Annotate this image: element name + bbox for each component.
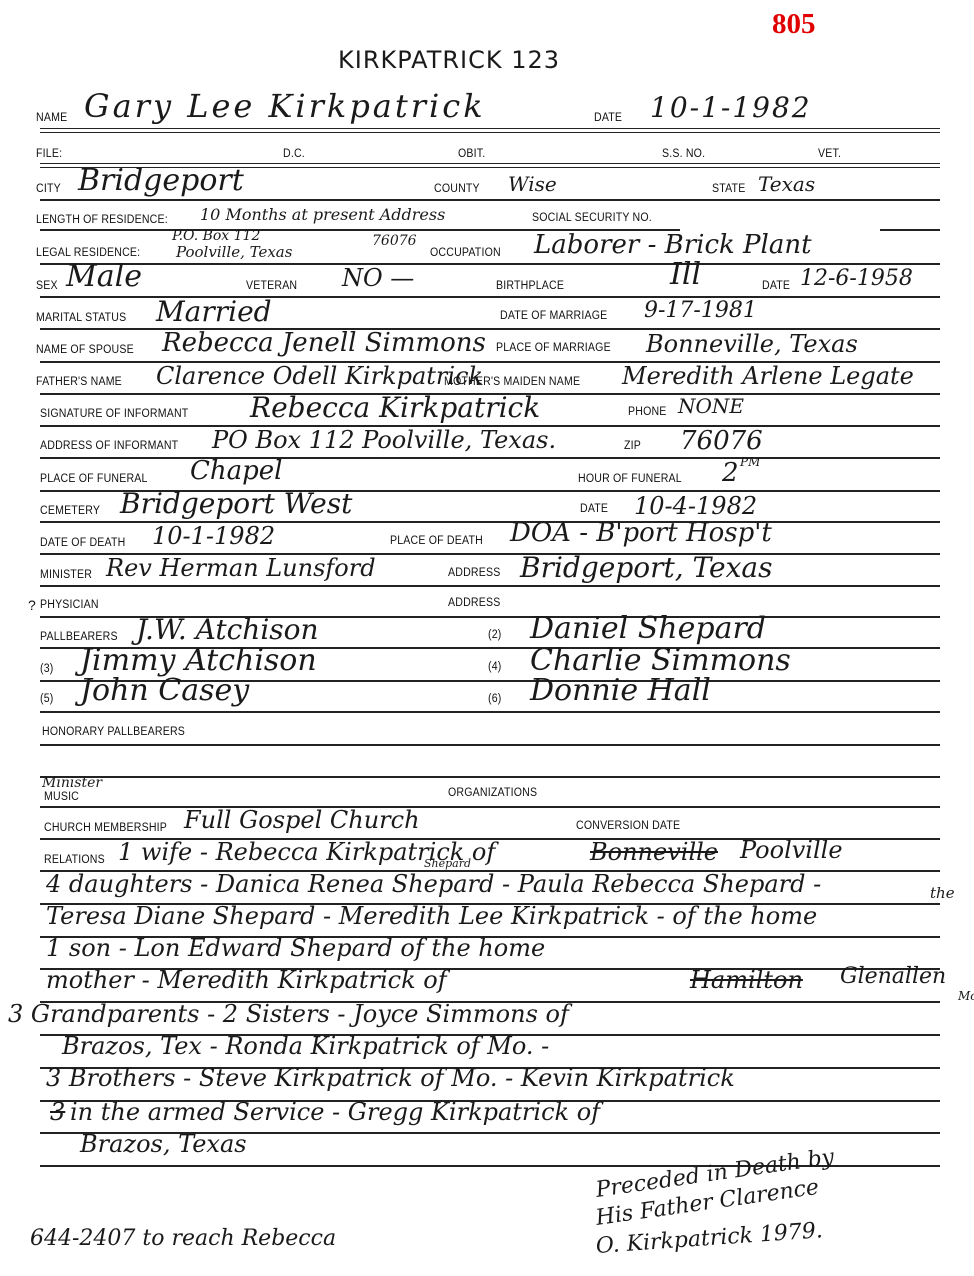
rule [40, 199, 940, 201]
relations-label: RELATIONS [44, 855, 105, 867]
birthplace-label: BIRTHPLACE [496, 281, 564, 293]
rule [880, 229, 940, 231]
pallbearer-2[interactable]: Daniel Shepard [530, 614, 766, 644]
relations-line-1b[interactable]: Poolville [740, 838, 843, 862]
rule [40, 776, 940, 778]
rule [40, 585, 940, 587]
relations-line-2[interactable]: 4 daughters - Danica Renea Shepard - Pau… [46, 872, 821, 896]
music-value[interactable]: Minister [42, 776, 102, 790]
relations-line-3[interactable]: Teresa Diane Shepard - Meredith Lee Kirk… [46, 904, 817, 928]
relations-line-9[interactable]: in the armed Service - Gregg Kirkpatrick… [70, 1100, 600, 1124]
church-membership-label: CHURCH MEMBERSHIP [44, 823, 167, 835]
minister-address-value[interactable]: Bridgeport, Texas [520, 554, 772, 582]
hour-of-funeral-value[interactable]: 2 [722, 460, 739, 486]
pallbearer-6[interactable]: Donnie Hall [530, 676, 711, 706]
date-of-marriage-value[interactable]: 9-17-1981 [644, 300, 757, 322]
physician-question-mark: ? [28, 597, 36, 613]
rule [40, 457, 940, 459]
file-label: FILE: [36, 149, 62, 161]
relations-mother-place[interactable]: Glenallen [840, 966, 946, 988]
place-of-funeral-value[interactable]: Chapel [190, 458, 283, 484]
state-value[interactable]: Texas [758, 174, 815, 194]
date-value[interactable]: 10-1-1982 [650, 94, 812, 122]
physician-label: PHYSICIAN [40, 600, 99, 612]
dc-label: D.C. [283, 149, 305, 161]
veteran-label: VETERAN [246, 281, 297, 293]
place-of-marriage-value[interactable]: Bonneville, Texas [646, 332, 858, 356]
record-number-stamp: 805 [772, 8, 816, 41]
obit-label: OBIT. [458, 149, 485, 161]
relations-struck-marker: 3 [50, 1100, 65, 1124]
minister-address-label: ADDRESS [448, 568, 500, 580]
rule [40, 128, 940, 133]
pallbearer-3[interactable]: Jimmy Atchison [80, 646, 317, 676]
phone-value[interactable]: NONE [678, 396, 744, 416]
ss-no-label: S.S. NO. [662, 149, 705, 161]
informant-address-value[interactable]: PO Box 112 Poolville, Texas. [212, 428, 556, 452]
zip-label: ZIP [624, 441, 641, 453]
phone-label: PHONE [628, 407, 667, 419]
rule [40, 711, 940, 713]
relations-line-8[interactable]: 3 Brothers - Steve Kirkpatrick of Mo. - … [46, 1066, 735, 1090]
spouse-value[interactable]: Rebecca Jenell Simmons [162, 330, 486, 356]
informant-signature-label: SIGNATURE OF INFORMANT [40, 409, 188, 421]
rule [40, 744, 940, 746]
father-label: FATHER'S NAME [36, 377, 122, 389]
legal-residence-line2[interactable]: Poolville, Texas [176, 245, 292, 260]
county-value[interactable]: Wise [508, 174, 557, 194]
pallbearer-1[interactable]: J.W. Atchison [136, 616, 319, 644]
place-of-death-label: PLACE OF DEATH [390, 536, 483, 548]
length-of-residence-value[interactable]: 10 Months at present Address [200, 207, 445, 223]
minister-value[interactable]: Rev Herman Lunsford [106, 556, 376, 580]
physician-address-label: ADDRESS [448, 598, 500, 610]
legal-residence-label: LEGAL RESIDENCE: [36, 248, 140, 260]
date-of-marriage-label: DATE OF MARRIAGE [500, 311, 607, 323]
church-membership-value[interactable]: Full Gospel Church [184, 808, 420, 832]
length-of-residence-label: LENGTH OF RESIDENCE: [36, 215, 168, 227]
date-of-death-value[interactable]: 10-1-1982 [152, 524, 275, 548]
pallbearer-4[interactable]: Charlie Simmons [530, 646, 791, 676]
county-label: COUNTY [434, 184, 480, 196]
city-label: CITY [36, 184, 61, 196]
mother-label: MOTHER'S MAIDEN NAME [444, 377, 580, 389]
veteran-value[interactable]: NO — [342, 266, 414, 290]
hour-of-funeral-label: HOUR OF FUNERAL [578, 474, 682, 486]
vet-label: VET. [818, 149, 841, 161]
legal-residence-line1[interactable]: P.O. Box 112 [172, 229, 260, 243]
funeral-date-label: DATE [580, 504, 608, 516]
cemetery-label: CEMETERY [40, 506, 100, 518]
relations-note-the: the [930, 886, 955, 901]
spouse-label: NAME OF SPOUSE [36, 345, 134, 357]
state-label: STATE [712, 184, 745, 196]
informant-signature-value[interactable]: Rebecca Kirkpatrick [250, 394, 540, 422]
pallbearer-2-num: (2) [488, 630, 501, 642]
honorary-pallbearers-label: HONORARY PALLBEARERS [42, 727, 185, 739]
father-value[interactable]: Clarence Odell Kirkpatrick [156, 364, 483, 388]
hour-of-funeral-suffix: PM [740, 456, 760, 468]
conversion-date-label: CONVERSION DATE [576, 821, 680, 833]
phone-note[interactable]: 644-2407 to reach Rebecca [30, 1228, 336, 1250]
occupation-label: OCCUPATION [430, 248, 501, 260]
date-label: DATE [594, 113, 622, 125]
sex-label: SEX [36, 281, 58, 293]
pallbearer-5[interactable]: John Casey [80, 676, 249, 706]
name-value[interactable]: Gary Lee Kirkpatrick [84, 90, 486, 122]
pallbearer-5-num: (5) [40, 694, 53, 706]
pallbearer-3-num: (3) [40, 664, 53, 676]
relations-line-1-struck: Bonneville [590, 840, 718, 864]
city-value[interactable]: Bridgeport [78, 166, 244, 196]
relations-line-10[interactable]: Brazos, Texas [80, 1132, 247, 1156]
marital-status-value[interactable]: Married [156, 298, 272, 326]
place-of-marriage-label: PLACE OF MARRIAGE [496, 343, 611, 355]
birthplace-value[interactable]: Ill [670, 260, 701, 290]
social-security-label: SOCIAL SECURITY NO. [532, 213, 652, 225]
relations-mother-place-sup: Mo [958, 990, 974, 1002]
place-of-death-value[interactable]: DOA - B'port Hosp't [510, 520, 772, 546]
funeral-date-value[interactable]: 10-4-1982 [634, 494, 757, 518]
date-of-death-label: DATE OF DEATH [40, 538, 125, 550]
birth-date-value[interactable]: 12-6-1958 [800, 268, 913, 290]
cemetery-value[interactable]: Bridgeport West [120, 490, 352, 518]
informant-address-label: ADDRESS OF INFORMANT [40, 441, 178, 453]
marital-status-label: MARITAL STATUS [36, 313, 126, 325]
music-label: MUSIC [44, 792, 79, 804]
surname-index: KIRKPATRICK 123 [338, 48, 560, 72]
relations-insert-shepard: Shepard [424, 858, 471, 869]
relations-line-4[interactable]: 1 son - Lon Edward Shepard of the home [46, 936, 545, 960]
relations-mother-struck: Hamilton [690, 968, 803, 992]
sex-value[interactable]: Male [66, 262, 142, 292]
name-label: NAME [36, 113, 67, 125]
zip-value[interactable]: 76076 [680, 428, 763, 454]
pallbearers-label: PALLBEARERS [40, 632, 118, 644]
relations-line-7[interactable]: Brazos, Tex - Ronda Kirkpatrick of Mo. - [62, 1034, 549, 1058]
relations-line-6[interactable]: 3 Grandparents - 2 Sisters - Joyce Simmo… [8, 1002, 569, 1026]
organizations-label: ORGANIZATIONS [448, 788, 537, 800]
mother-value[interactable]: Meredith Arlene Legate [622, 364, 914, 388]
minister-label: MINISTER [40, 570, 92, 582]
relations-line-5[interactable]: mother - Meredith Kirkpatrick of [46, 968, 447, 992]
pallbearer-4-num: (4) [488, 662, 501, 674]
rule [40, 263, 940, 265]
rule [40, 806, 940, 808]
place-of-funeral-label: PLACE OF FUNERAL [40, 474, 148, 486]
pallbearer-6-num: (6) [488, 694, 501, 706]
birth-date-label: DATE [762, 281, 790, 293]
legal-residence-zip[interactable]: 76076 [372, 234, 417, 248]
occupation-value[interactable]: Laborer - Brick Plant [534, 232, 812, 258]
